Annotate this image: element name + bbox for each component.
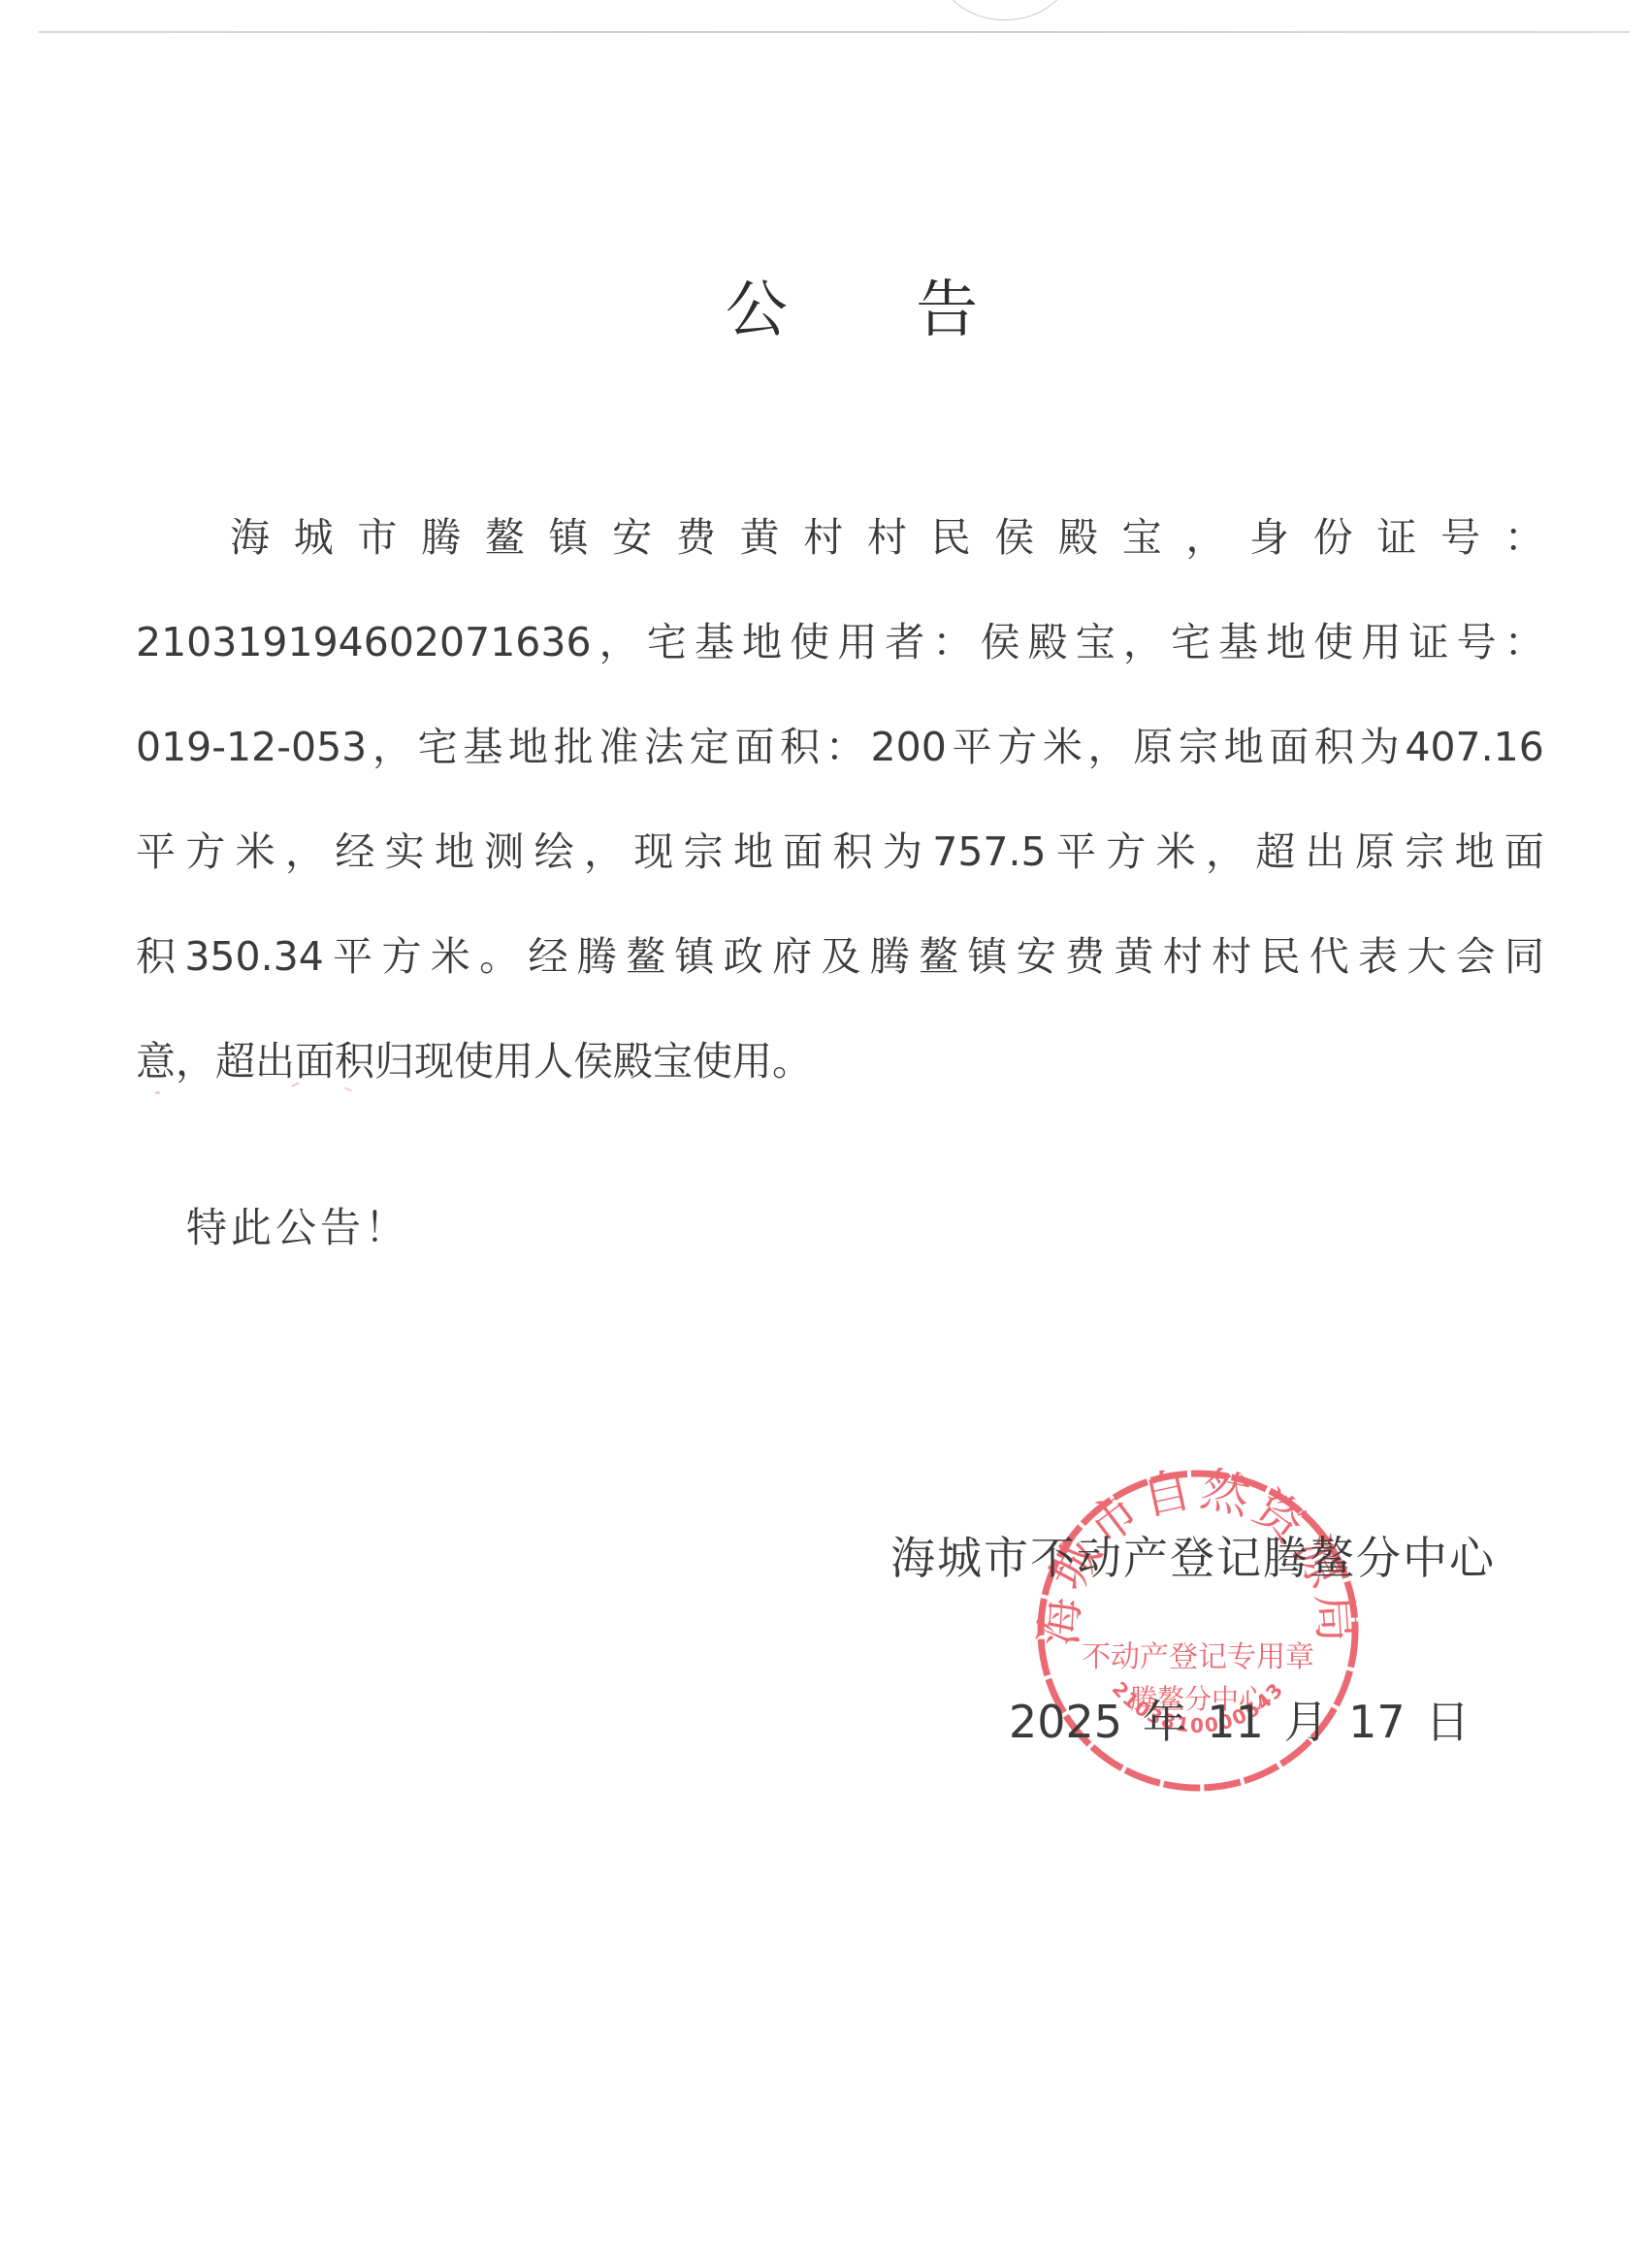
scan-edge-line — [39, 31, 1630, 33]
scan-speck — [155, 1091, 160, 1094]
body-line-1: 海城市腾鳌镇安费黄村村民侯殿宝，身份证号： — [136, 485, 1544, 590]
issuing-authority: 海城市不动产登记腾鳌分中心 — [890, 1529, 1496, 1587]
body-line-2: 210319194602071636，宅基地使用者：侯殿宝，宅基地使用证号： — [136, 590, 1544, 695]
announcement-body: 海城市腾鳌镇安费黄村村民侯殿宝，身份证号： 210319194602071636… — [136, 485, 1544, 1114]
body-line-4: 平方米，经实地测绘，现宗地面积为757.5平方米，超出原宗地面 — [136, 799, 1544, 904]
document-title: 公 告 — [0, 272, 1649, 349]
stamp-center-text: 不动产登记专用章 — [1082, 1640, 1314, 1674]
body-line-5: 积350.34平方米。经腾鳌镇政府及腾鳌镇安费黄村村民代表大会同 — [136, 904, 1544, 1009]
issue-date: 2025 年 11 月 17 日 — [1009, 1693, 1470, 1751]
body-line-3: 019-12-053，宅基地批准法定面积：200平方米，原宗地面积为407.16 — [136, 695, 1544, 799]
body-line-6: 意，超出面积归现使用人侯殿宝使用。 — [136, 1009, 1544, 1114]
closing-statement: 特此公告！ — [186, 1199, 409, 1257]
scan-edge-arc — [936, 0, 1074, 20]
